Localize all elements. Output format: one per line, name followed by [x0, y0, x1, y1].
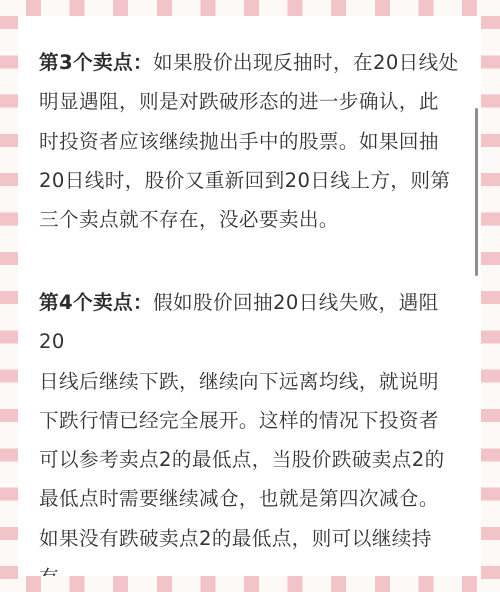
paragraph-sell-point-4: 第4个卖点：假如股价回抽20日线失败，遇阻20 日线后继续下跌，继续向下远离均线… [39, 283, 464, 576]
paragraph-line: 三个卖点就不存在，没必要卖出。 [39, 208, 339, 231]
paragraph-line: 最低点时需要继续减仓，也就是第四次减仓。 [39, 487, 439, 510]
paragraph-line: 20日线时，股价又重新回到20日线上方，则第 [39, 169, 450, 192]
paragraph-label: 第4个卖点： [39, 291, 153, 314]
paragraph-line: 日线后继续下跌，继续向下远离均线，就说明 [39, 370, 439, 393]
paragraph-line: 可以参考卖点2的最低点，当股价跌破卖点2的 [39, 448, 445, 471]
content-card: 第3个卖点：如果股价出现反抽时，在20日线处 明显遇阻，则是对跌破形态的进一步确… [18, 16, 481, 576]
paragraph-line: 如果没有跌破卖点2的最低点，则可以继续持 [39, 527, 432, 550]
left-striped-border [0, 0, 18, 592]
decorative-frame: 第3个卖点：如果股价出现反抽时，在20日线处 明显遇阻，则是对跌破形态的进一步确… [0, 0, 500, 592]
bottom-striped-border [0, 576, 500, 592]
top-striped-border [0, 0, 500, 16]
paragraph-line: 下跌行情已经完全展开。这样的情况下投资者 [39, 409, 439, 432]
right-striped-border [481, 0, 500, 592]
paragraph-label: 第3个卖点： [39, 51, 153, 74]
paragraph-line: 明显遇阻，则是对跌破形态的进一步确认，此 [39, 90, 439, 113]
paragraph-sell-point-3: 第3个卖点：如果股价出现反抽时，在20日线处 明显遇阻，则是对跌破形态的进一步确… [39, 43, 464, 239]
paragraph-line: 如果股价出现反抽时，在20日线处 [153, 51, 459, 74]
vertical-scrollbar[interactable] [475, 108, 478, 276]
paragraph-line: 时投资者应该继续抛出手中的股票。如果回抽 [39, 130, 439, 153]
paragraph-line: 有。 [39, 566, 79, 576]
